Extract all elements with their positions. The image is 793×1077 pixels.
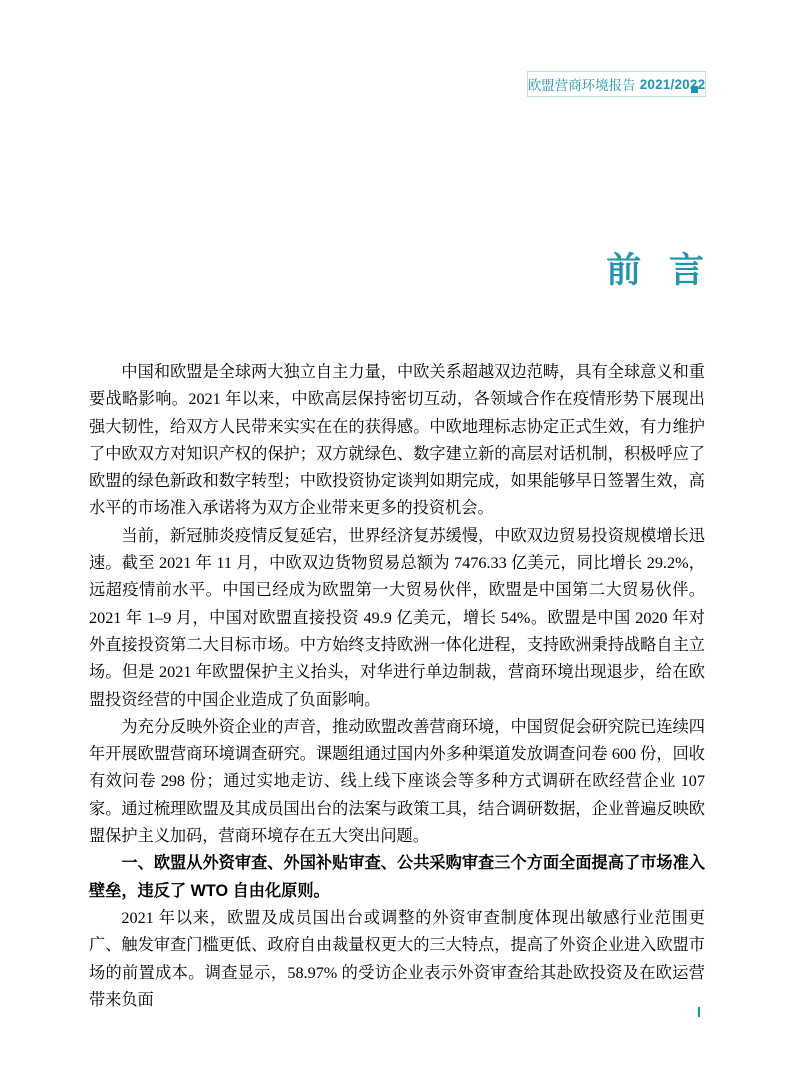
paragraph-2: 当前，新冠肺炎疫情反复延宕，世界经济复苏缓慢，中欧双边贸易投资规模增长迅速。截至… xyxy=(89,523,705,714)
page-title: 前 言 xyxy=(89,250,705,292)
report-header-title: 欧盟营商环境报告 xyxy=(528,74,636,94)
paragraph-3: 为充分反映外资企业的声音，推动欧盟改善营商环境，中国贸促会研究院已连续四年开展欧… xyxy=(89,714,705,850)
section-heading-1: 一、欧盟从外资审查、外国补贴审查、公共采购审查三个方面全面提高了市场准入壁垒，违… xyxy=(89,850,705,905)
body-text-block: 中国和欧盟是全球两大独立自主力量，中欧关系超越双边范畴，具有全球意义和重要战略影… xyxy=(89,359,705,1014)
paragraph-1: 中国和欧盟是全球两大独立自主力量，中欧关系超越双边范畴，具有全球意义和重要战略影… xyxy=(89,359,705,523)
paragraph-4: 2021 年以来，欧盟及成员国出台或调整的外资审查制度体现出敏感行业范围更广、触… xyxy=(89,905,705,1014)
document-page: 欧盟营商环境报告 2021/2022 前 言 中国和欧盟是全球两大独立自主力量，… xyxy=(0,0,793,1077)
report-header-badge: 欧盟营商环境报告 2021/2022 xyxy=(527,71,706,97)
page-number: I xyxy=(89,1004,701,1021)
